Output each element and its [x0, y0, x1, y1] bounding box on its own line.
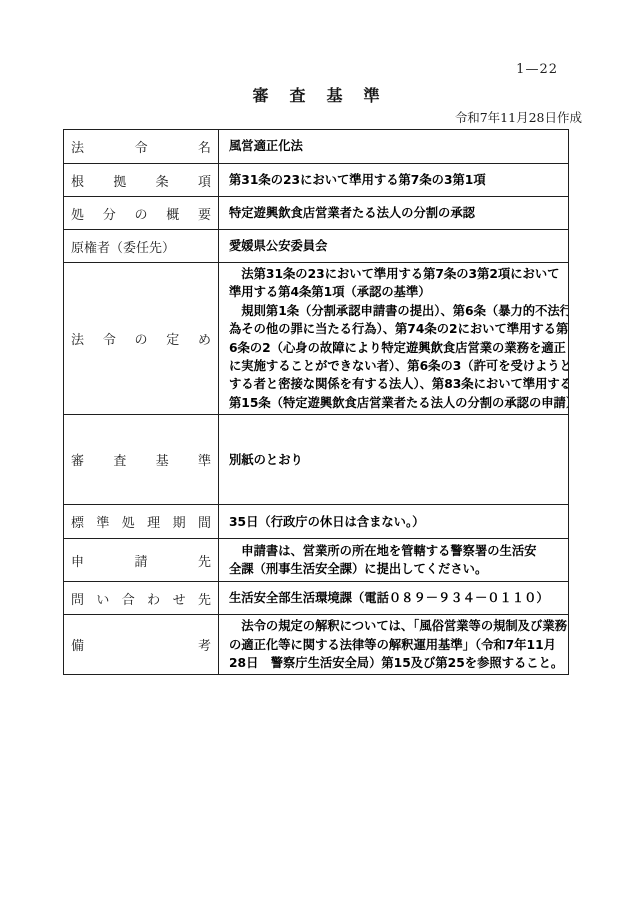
table-row-examination-standards: 審査基準 別紙のとおり	[64, 415, 569, 505]
legal-basis-label: 根拠条項	[71, 171, 211, 190]
table-row-legal-basis: 根拠条項 第31条の23において準用する第7条の3第1項	[64, 164, 569, 197]
disposition-summary-value: 特定遊興飲食店営業者たる法人の分割の承認	[219, 197, 569, 230]
law-name-value: 風営適正化法	[219, 130, 569, 164]
application-destination-label: 申請先	[71, 551, 211, 570]
examination-standards-label: 審査基準	[71, 450, 211, 469]
page-number: 1—22	[63, 62, 558, 77]
table-row-disposition-summary: 処分の概要 特定遊興飲食店営業者たる法人の分割の承認	[64, 197, 569, 230]
legal-basis-value: 第31条の23において準用する第7条の3第1項	[219, 164, 569, 197]
table-row-application-destination: 申請先 申請書は、営業所の所在地を管轄する警察署の生活安 全課（刑事生活安全課）…	[64, 539, 569, 582]
document-page: 1—22 審査基準 令和7年11月28日作成 法令名 風営適正化法 根拠条項 第…	[0, 0, 630, 903]
table-row-law-name: 法令名 風営適正化法	[64, 130, 569, 164]
examination-standards-table: 法令名 風営適正化法 根拠条項 第31条の23において準用する第7条の3第1項 …	[63, 129, 569, 675]
disposition-summary-label: 処分の概要	[71, 204, 211, 223]
contact-value: 生活安全部生活環境課（電話０８９－９３４－０１１０）	[219, 582, 569, 615]
table-row-standard-processing-period: 標準処理期間 35日（行政庁の休日は含まない。）	[64, 505, 569, 539]
legal-provisions-label: 法令の定め	[71, 329, 211, 348]
standard-processing-period-value: 35日（行政庁の休日は含まない。）	[219, 505, 569, 539]
table-row-original-authority: 原権者（委任先） 愛媛県公安委員会	[64, 230, 569, 263]
standard-processing-period-label: 標準処理期間	[71, 512, 211, 531]
table-row-remarks: 備考 法令の規定の解釈については、「風俗営業等の規制及び業務 の適正化等に関する…	[64, 615, 569, 675]
contact-label: 問い合わせ先	[71, 589, 211, 608]
page-title: 審査基準	[63, 83, 569, 106]
page-content: 1—22 審査基準 令和7年11月28日作成 法令名 風営適正化法 根拠条項 第…	[63, 62, 569, 675]
original-authority-value: 愛媛県公安委員会	[219, 230, 569, 263]
table-row-contact: 問い合わせ先 生活安全部生活環境課（電話０８９－９３４－０１１０）	[64, 582, 569, 615]
remarks-value: 法令の規定の解釈については、「風俗営業等の規制及び業務 の適正化等に関する法律等…	[219, 615, 569, 675]
created-date: 令和7年11月28日作成	[63, 108, 582, 126]
table-row-legal-provisions: 法令の定め 法第31条の23において準用する第7条の3第2項において 準用する第…	[64, 263, 569, 415]
original-authority-label: 原権者（委任先）	[71, 237, 211, 256]
legal-provisions-value: 法第31条の23において準用する第7条の3第2項において 準用する第4条第1項（…	[219, 263, 569, 415]
application-destination-value: 申請書は、営業所の所在地を管轄する警察署の生活安 全課（刑事生活安全課）に提出し…	[219, 539, 569, 582]
remarks-label: 備考	[71, 635, 211, 654]
examination-standards-value: 別紙のとおり	[219, 415, 569, 505]
law-name-label: 法令名	[71, 137, 211, 156]
